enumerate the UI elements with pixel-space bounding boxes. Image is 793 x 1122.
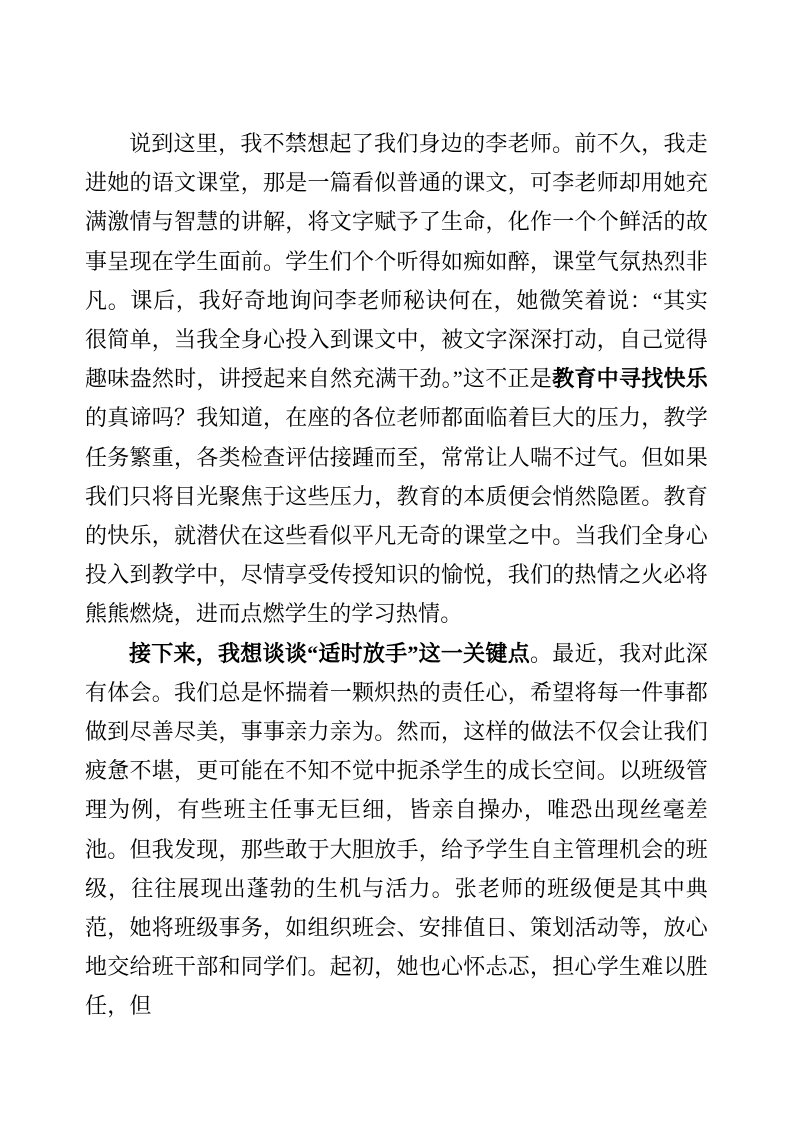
paragraph-1-run-normal: 说到这里，我不禁想起了我们身边的李老师。前不久，我走进她的语文课堂，那是一篇看似…	[85, 131, 708, 391]
paragraph-2-run-bold-key-point: 接下来，我想谈谈“适时放手”这一关键点	[129, 641, 530, 666]
document-body: 说到这里，我不禁想起了我们身边的李老师。前不久，我走进她的语文课堂，那是一篇看似…	[85, 124, 708, 1026]
paragraph-teacher-li: 说到这里，我不禁想起了我们身边的李老师。前不久，我走进她的语文课堂，那是一篇看似…	[85, 124, 708, 634]
paragraph-1-run-bold-finding-joy: 教育中寻找快乐	[552, 366, 708, 391]
paragraph-2-run-normal: 。最近，我对此深有体会。我们总是怀揣着一颗炽热的责任心，希望将每一件事都做到尽善…	[85, 641, 708, 1019]
paragraph-1-run-normal-2: 的真谛吗？我知道，在座的各位老师都面临着巨大的压力，教学任务繁重，各类检查评估接…	[85, 405, 708, 626]
document-page: 说到这里，我不禁想起了我们身边的李老师。前不久，我走进她的语文课堂，那是一篇看似…	[0, 0, 793, 1122]
paragraph-letting-go: 接下来，我想谈谈“适时放手”这一关键点。最近，我对此深有体会。我们总是怀揣着一颗…	[85, 634, 708, 1026]
